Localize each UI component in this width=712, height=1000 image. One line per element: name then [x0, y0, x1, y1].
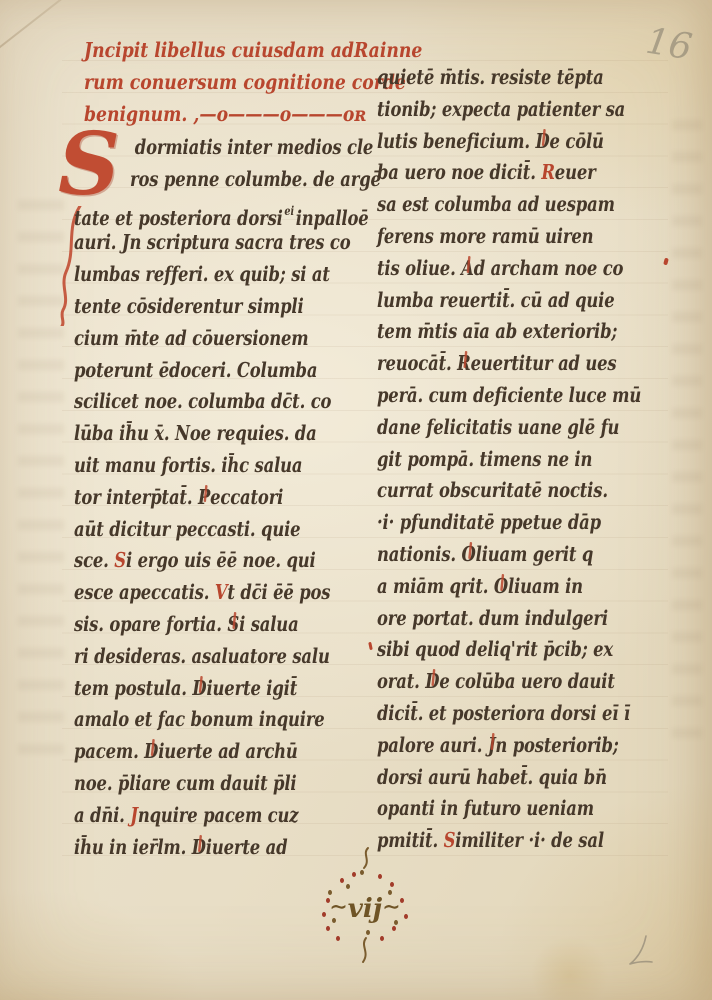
text-line: nationis. Oliuam gerit q — [377, 539, 619, 571]
text-line: dane felicitatis uane glē fu — [377, 412, 619, 444]
text-line: lumba reuertit̄. cū ad quie — [377, 285, 619, 317]
text-line: sce. Si ergo uis ēē noe. qui — [74, 545, 316, 577]
manuscript-page: 16 Jncipit libellus cuiusdam adRainnerum… — [0, 0, 712, 1000]
text-line: dorsi aurū habet̄. quia bn̄ — [377, 762, 619, 794]
text-line: lutis beneficium. De cōlū — [377, 126, 619, 158]
text-line: amalo et fac bonum inquire — [74, 704, 316, 736]
text-line: currat obscuritatē noctis. — [377, 475, 619, 507]
text-line: tis oliue. Ad archam noe co — [377, 253, 619, 285]
ornament-squiggle-top — [358, 846, 374, 872]
flourish-right: ∼ — [382, 894, 400, 920]
text-line: sis. opare fortia. Si salua — [74, 609, 316, 641]
text-line: dicit̄. et posteriora dorsi eī ī — [377, 698, 619, 730]
text-line: aūt dicitur peccasti. quie — [74, 514, 316, 546]
pencil-mark — [618, 932, 662, 976]
text-line: palore auri. Jn posteriorib; — [377, 730, 619, 762]
text-line: ih̄u in ier̄lm. Diuerte ad — [74, 832, 316, 864]
text-line: ore portat. dum indulgeri — [377, 603, 619, 635]
text-line: benignum. ,—o———o———oʀ — [84, 98, 422, 130]
text-line: cium m̄te ad cōuersionem — [74, 323, 316, 355]
text-line: tente cōsiderentur simpli — [74, 291, 316, 323]
ornament-squiggle-bottom — [358, 936, 374, 966]
text-line: lūba ih̄u x̄. Noe requies. da — [74, 418, 316, 450]
quire-signature-text: vij — [348, 894, 382, 924]
text-line: tionib; expecta patienter sa — [377, 94, 619, 126]
ornament-red-dots — [340, 878, 344, 883]
text-line: a miām qrit. Oliuam in — [377, 571, 619, 603]
text-line: orat. De colūba uero dauit — [377, 666, 619, 698]
text-line: ferens more ramū uiren — [377, 221, 619, 253]
text-line: scilicet noe. columba dc̄t. co — [74, 386, 316, 418]
text-line: perā. cum deficiente luce mū — [377, 380, 619, 412]
text-line: pmitit̄. Similiter ·i· de sal — [377, 825, 619, 857]
text-line: ros penne columbe. de argē — [74, 164, 316, 196]
text-line: tem postula. Diuerte igit̄ — [74, 673, 316, 705]
flourish-left: ∼ — [329, 894, 347, 920]
text-line: sa est columba ad uespam — [377, 189, 619, 221]
text-line: a dn̄i. Jnquire pacem cuz — [74, 800, 316, 832]
text-line: rum conuersum cognitione corde — [84, 66, 422, 98]
text-line: esce apeccatis. Vt dc̄i ēē pos — [74, 577, 316, 609]
text-line: uit manu fortis. ih̄c salua — [74, 450, 316, 482]
text-line: pacem. Diuerte ad archū — [74, 736, 316, 768]
text-line: ·i· pfunditatē ppetue dāp — [377, 507, 619, 539]
quire-signature-ornament: ∼vij∼ — [300, 860, 430, 970]
text-line: tate et posteriora dorsieiinpalloē — [74, 196, 316, 228]
text-line: tor interp̄tat̄. Peccatori — [74, 482, 316, 514]
text-line: tem m̄tis aīa ab exteriorib; — [377, 316, 619, 348]
quire-signature: ∼vij∼ — [329, 894, 400, 924]
text-column-right: quietē m̄tis. resiste tēptationib; expec… — [377, 62, 679, 857]
text-line: dormiatis inter medios cle — [74, 132, 316, 164]
text-line: poterunt ēdoceri. Columba — [74, 355, 316, 387]
text-line: opanti in futuro ueniam — [377, 793, 619, 825]
text-line: reuocāt̄. Reuertitur ad ues — [377, 348, 619, 380]
text-line: Jncipit libellus cuiusdam adRainne — [84, 34, 422, 66]
text-line: auri. Jn scriptura sacra tres co — [74, 227, 316, 259]
text-line: ri desideras. asaluatore salu — [74, 641, 316, 673]
text-line: noe. p̄liare cum dauit p̄li — [74, 768, 316, 800]
text-line: sibi quod deliq'rit p̄cib; ex — [377, 634, 619, 666]
text-line: ba uero noe dicit̄. Reuer — [377, 157, 619, 189]
text-line: git pompā. timens ne in — [377, 444, 619, 476]
text-column-left: dormiatis inter medios cleros penne colu… — [74, 132, 376, 863]
text-line: quietē m̄tis. resiste tēpta — [377, 62, 619, 94]
text-line: lumbas refferi. ex quib; si at — [74, 259, 316, 291]
